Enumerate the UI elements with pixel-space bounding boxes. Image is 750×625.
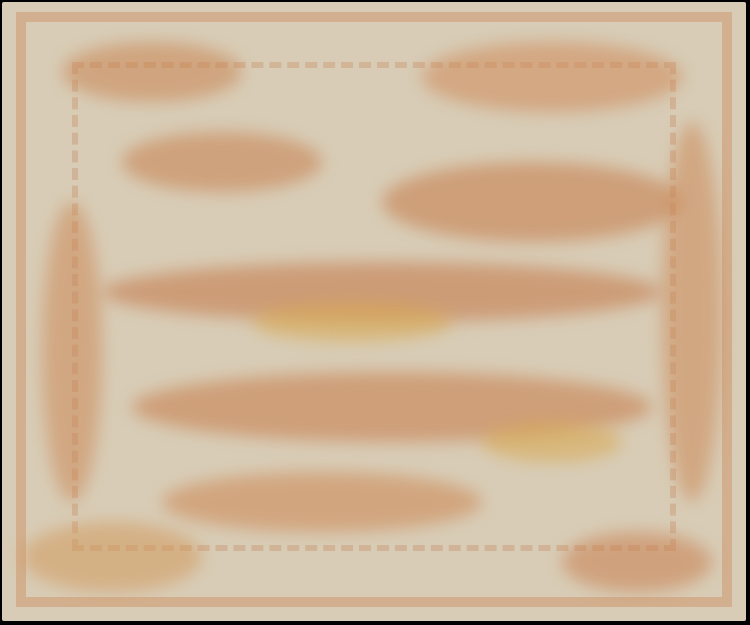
pattern-motif [62,42,242,102]
pattern-motif [122,132,322,192]
pattern-motif [422,42,682,112]
pattern-motif [562,532,712,592]
pattern-motif [162,472,482,532]
pattern-motif [382,162,682,242]
pattern-motif [662,122,722,502]
pattern-motif [22,522,202,592]
pattern-motif [252,302,452,342]
rug-photo: Distressed oriental-style rug with faded… [2,2,746,621]
pattern-motif [42,202,102,502]
pattern-motif [482,422,622,462]
